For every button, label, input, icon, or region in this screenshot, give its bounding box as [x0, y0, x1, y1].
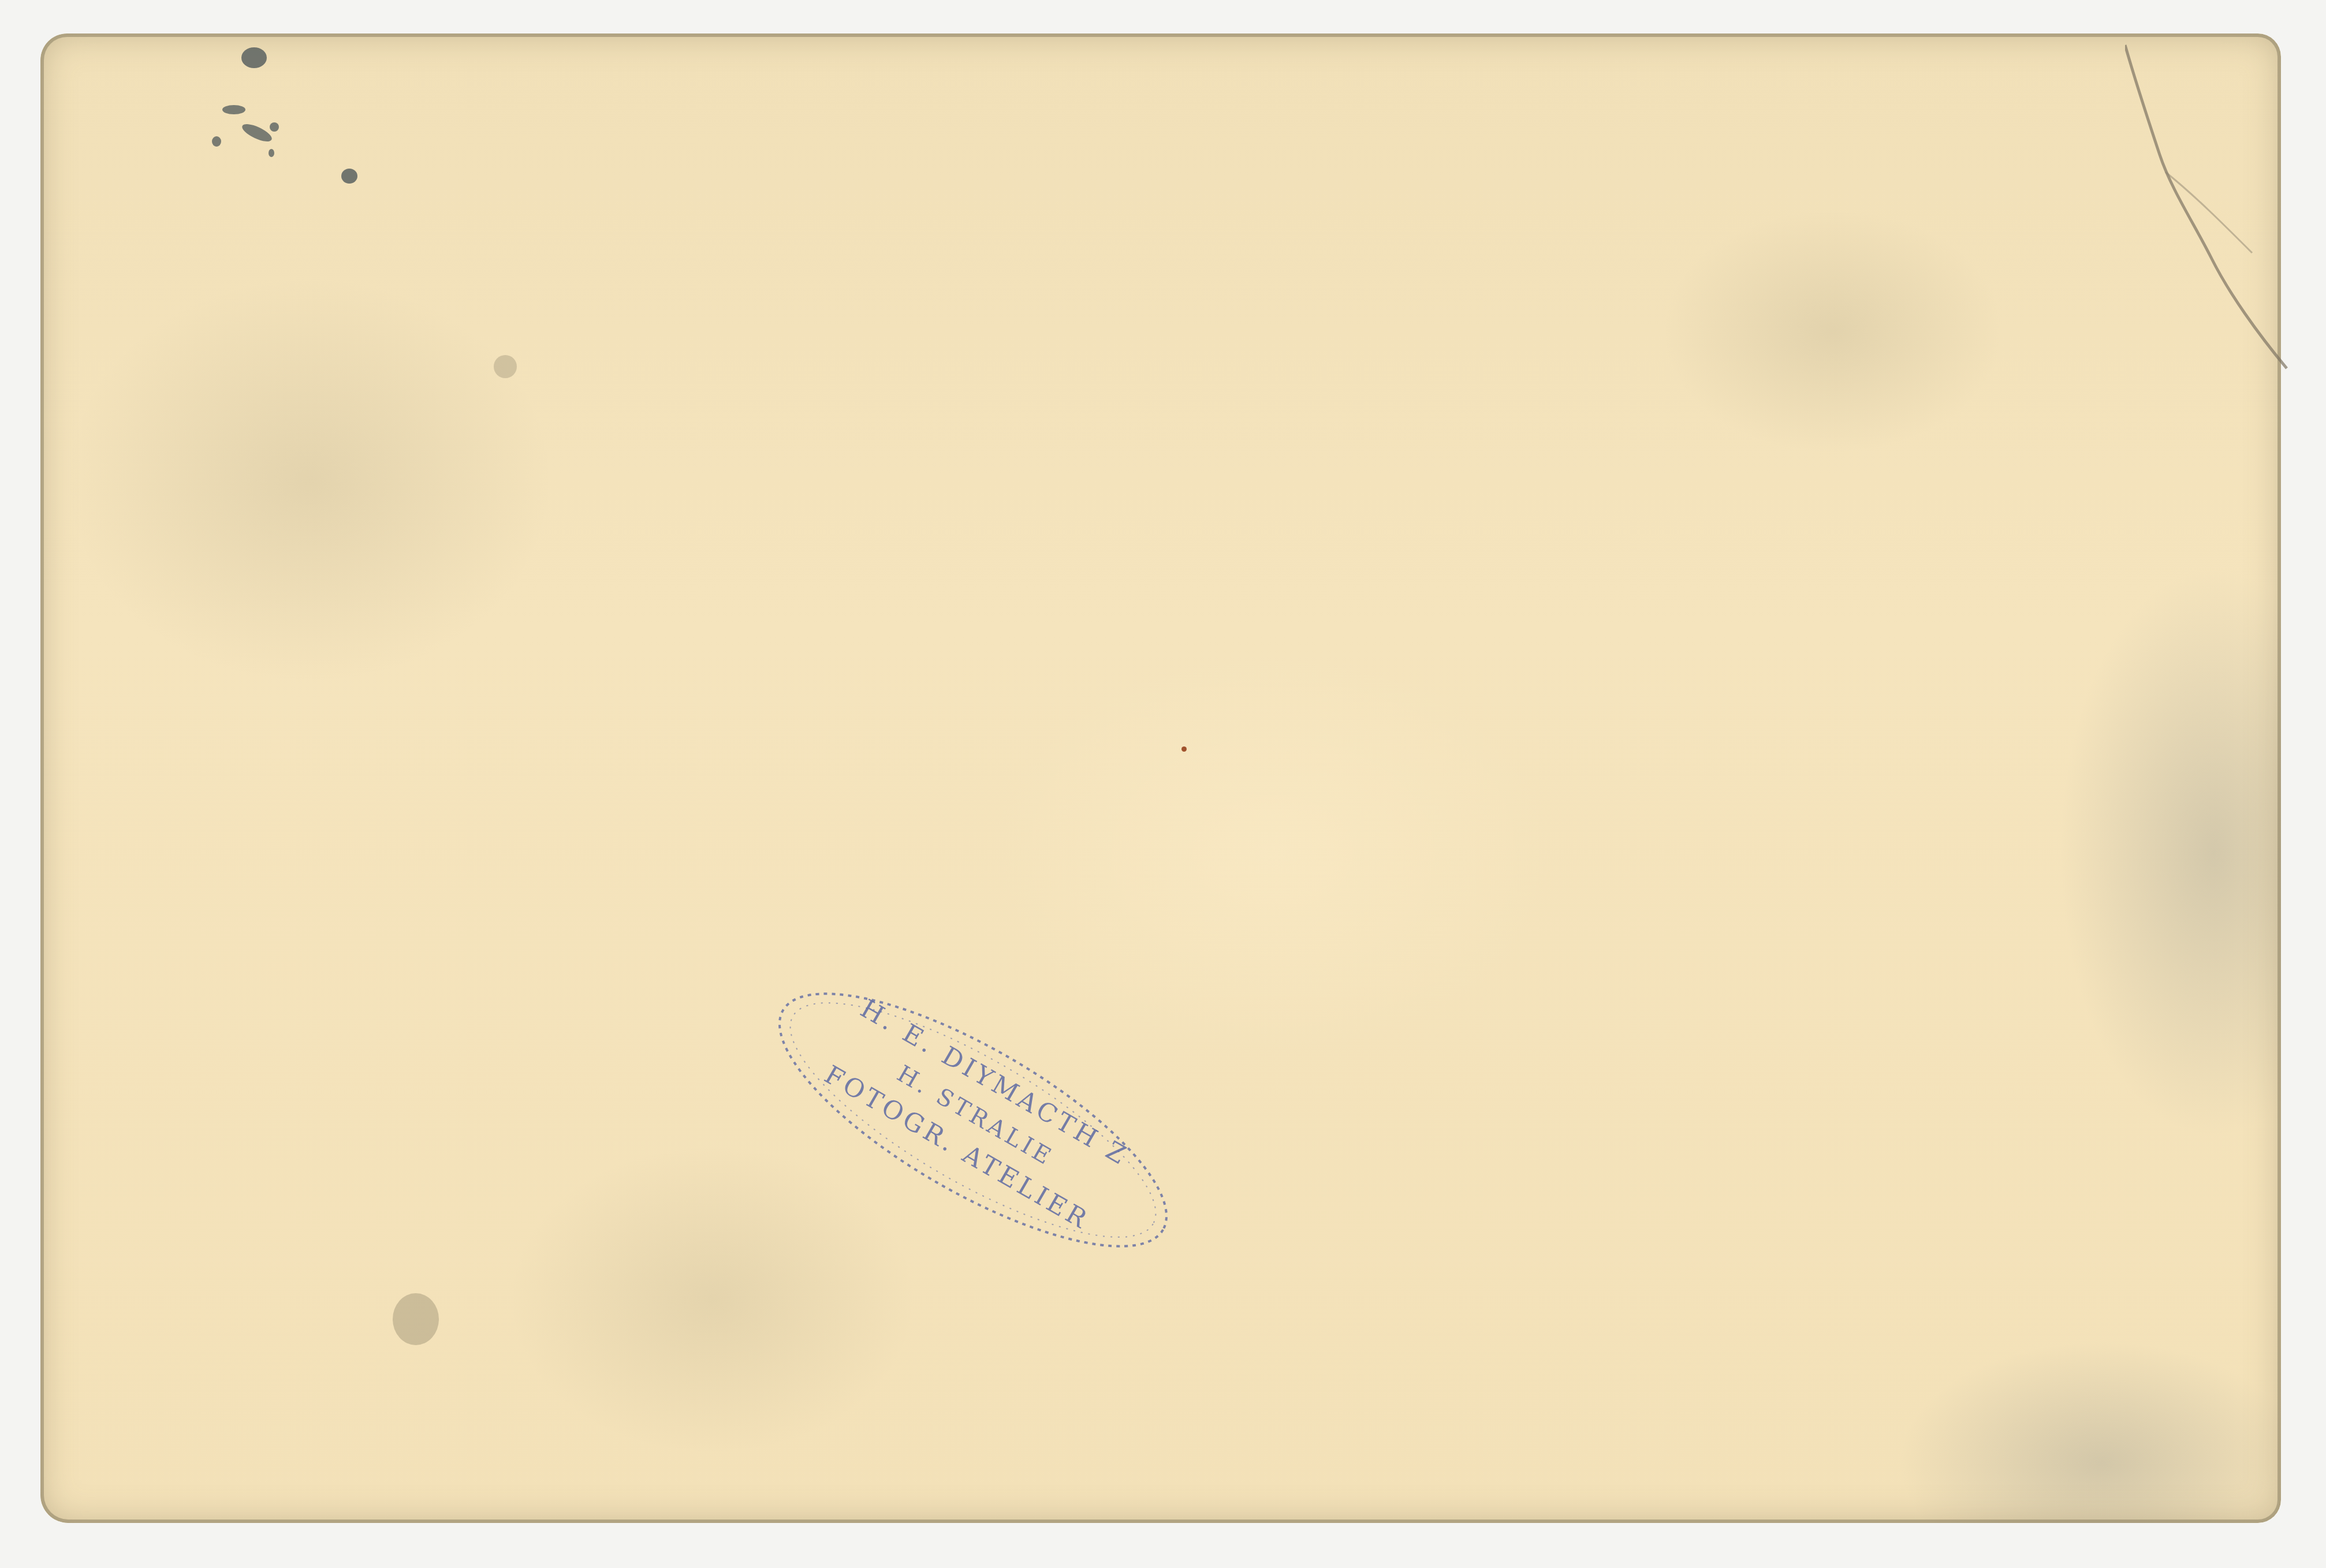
photo-card-back	[40, 33, 2281, 1523]
ink-smudges	[191, 40, 364, 191]
crease-crack	[2125, 33, 2298, 380]
foxing-spot	[1181, 746, 1187, 752]
foxing-spot	[494, 355, 517, 378]
foxing-spot	[393, 1293, 439, 1345]
studio-stamp: H. E. DIYMACTH Z H. STRALIE FOTOGR. ATEL…	[748, 981, 1198, 1259]
